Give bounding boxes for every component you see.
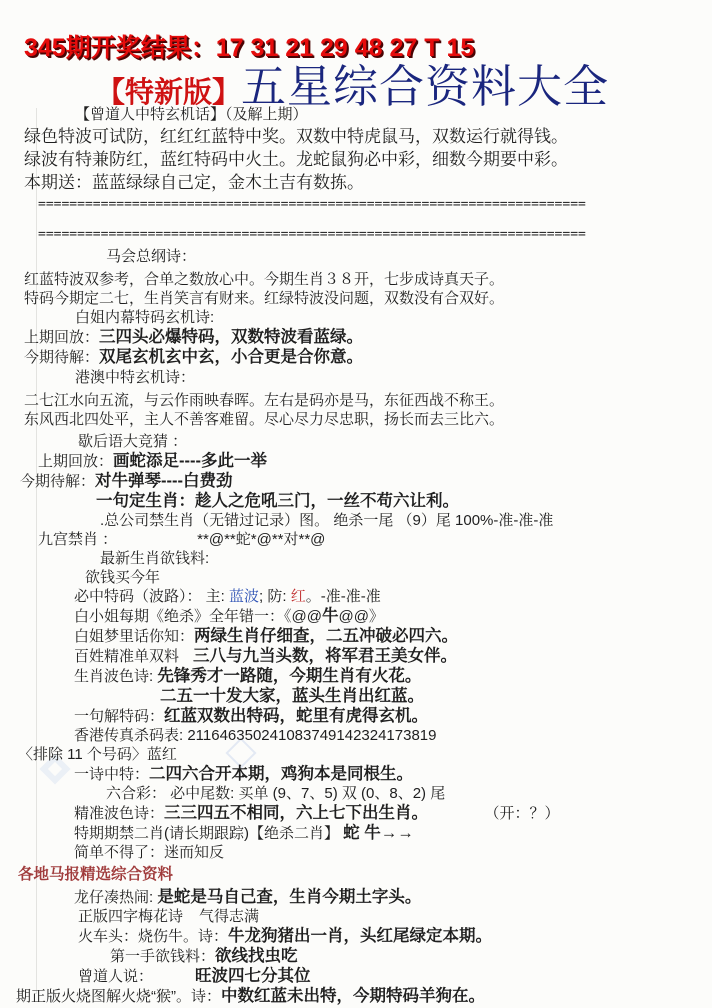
text-line: 生肖波色诗: 先锋秀才一路随，今期生肖有火花。 [74,667,712,686]
text-segment: 今期待解： [24,349,99,366]
text-segment: 双尾玄机玄中玄，小合更是合你意。 [99,348,363,366]
section-heading: 最新生肖欲钱料: [100,550,712,568]
text-segment: 特码今期定二七，生肖笑言有财来。红绿特波没问题，双数没有合双好。 [24,290,504,307]
text-segment: 一句解特码： [74,708,164,725]
text-line: 火车头：烧伤牛。诗：牛龙狗猪出一肖，头红尾绿定本期。 [78,927,712,946]
text-line: 一诗中特：二四六合开本期，鸡狗本是同根生。 [74,765,712,784]
text-segment: 蓝波 [229,588,259,605]
text-segment: 蛇 牛→→ [343,824,414,842]
text-segment: 二五一十发大家，蓝头生肖出红蓝。 [160,687,424,705]
text-segment: 本期送：蓝蓝绿绿自己定，金木土吉有数拣。 [24,173,364,192]
text-segment: 红 [291,588,306,605]
text-segment: 港澳中特玄机诗： [75,369,195,386]
text-segment: 六合彩： 必中尾数: 买单 (9、7、5) 双 (0、8、2) 尾 [106,785,445,802]
text-segment: 东风西北四处平，主人不善客难留。尽心尽力尽忠职，扬长而去三比六。 [24,411,504,428]
text-line: .总公司禁生肖（无错过记录）图。 绝杀一尾 （9）尾 100%-准-准-准 [100,512,712,530]
text-segment: 简单不得了：迷而知反 [74,844,224,861]
text-segment: 旺波四七分其位 [195,967,311,985]
text-segment: 。-准-准-准 [306,588,381,605]
text-segment: 对牛弹琴----白费劲 [95,472,232,490]
text-segment: 特期期禁二肖(请长期跟踪)【绝杀二肖】 [74,825,343,842]
text-line: 本期送：蓝蓝绿绿自己定，金木土吉有数拣。 [24,172,712,194]
text-segment: 三三四五不相同，六上七下出生肖。 [164,804,428,822]
text-line: 欲钱买今年 [85,569,712,587]
text-segment: 中数红蓝未出特，今期特码羊狗在。 [221,987,485,1005]
text-line: 白小姐每期《绝杀》全年错一：《@@牛@@》 [74,607,712,626]
text-segment: 一诗中特： [74,766,149,783]
text-line: 六合彩： 必中尾数: 买单 (9、7、5) 双 (0、8、2) 尾 [106,785,712,803]
text-line: 一句定生肖：趁人之危吼三门，一丝不苟六让利。 [96,492,712,511]
draw-result-overlay: 345期开奖结果：17 31 21 29 48 27 T 15 [24,28,474,64]
text-line: 绿色特波可试防，红红红蓝特中奖。双数中特虎鼠马，双数运行就得钱。 [24,126,712,148]
section-heading: 马会总纲诗： [106,248,712,266]
text-segment: 先锋秀才一路随，今期生肖有火花。 [157,667,421,685]
text-segment: @@》 [338,608,383,625]
text-line: 特码今期定二七，生肖笑言有财来。红绿特波没问题，双数没有合双好。 [24,290,712,308]
text-segment: 今期待解： [20,473,95,490]
text-segment: 三四头必爆特码，双数特波看蓝绿。 [99,328,363,346]
text-line: 龙仔凑热闹: 是蛇是马自己查，生肖今期土字头。 [74,888,712,907]
separator: ========================================… [38,197,712,213]
text-segment: 两绿生肖仔细查，二五冲破必四六。 [194,627,458,645]
text-segment: 生肖波色诗: [74,668,157,685]
text-line: 精准波色诗：三三四五不相同，六上七下出生肖。（开：？） [74,804,712,823]
content-lines: 【曾道人中特玄机话】（及解上期）绿色特波可试防，红红红蓝特中奖。双数中特虎鼠马，… [0,104,712,1006]
text-line: 二五一十发大家，蓝头生肖出红蓝。 [160,687,712,706]
text-segment: 期正版火烧图解火烧“猴”。诗： [16,988,221,1005]
text-segment: 火车头：烧伤牛。诗： [78,928,228,945]
text-segment: ========================================… [38,197,598,213]
section-heading: 白姐内幕特码玄机诗: [75,309,712,327]
section-heading: 歇后语大竞猜 ： [78,433,712,451]
text-line: 正版四字梅花诗气得志满 [78,908,712,926]
text-segment: 白小姐每期《绝杀》全年错一：《@@ [74,608,322,625]
text-line: 简单不得了：迷而知反 [74,844,712,862]
text-line: 白姐梦里话你知：两绿生肖仔细查，二五冲破必四六。 [74,627,712,646]
text-segment: 白姐内幕特码玄机诗: [75,309,214,326]
text-segment: 【曾道人中特玄机话】（及解上期） [75,106,308,123]
text-segment: 第一手欲钱料： [110,948,215,965]
text-segment: 绿色特波可试防，红红红蓝特中奖。双数中特虎鼠马，双数运行就得钱。 [24,127,568,146]
text-line: 九宫禁肖 ：**@**蛇*@**对**@ [38,531,712,549]
text-line: 必中特码（波路）： 主: 蓝波; 防: 红。-准-准-准 [74,588,712,606]
separator: ========================================… [38,227,712,243]
subtitle: 【曾道人中特玄机话】（及解上期） [75,106,712,124]
text-segment: 上期回放： [24,329,99,346]
text-line: 红蓝特波双参考，合单之数放心中。今期生肖３８开，七步成诗真天子。 [24,271,712,289]
text-segment: **@**蛇*@**对**@ [197,531,325,548]
text-line: 上期回放：三四头必爆特码，双数特波看蓝绿。 [24,328,712,347]
text-line: 东风西北四处平，主人不善客难留。尽心尽力尽忠职，扬长而去三比六。 [24,411,712,429]
text-segment: 绿波有特兼防红，蓝红特码中火土。龙蛇鼠狗必中彩，细数今期要中彩。 [24,150,568,169]
text-segment: 正版四字梅花诗 [78,908,183,925]
text-segment: （开：？） [492,805,560,822]
text-segment: .总公司禁生肖（无错过记录）图。 绝杀一尾 （9）尾 100%-准-准-准 [100,512,553,529]
text-segment: ========================================… [38,227,598,243]
text-line: 绿波有特兼防红，蓝红特码中火土。龙蛇鼠狗必中彩，细数今期要中彩。 [24,149,712,171]
text-segment: 上期回放： [38,453,113,470]
text-segment: 是蛇是马自己查，生肖今期土字头。 [157,888,421,906]
text-line: 上期回放：画蛇添足----多此一举 [38,452,712,471]
text-line: 一句解特码：红蓝双数出特码，蛇里有虎得玄机。 [74,707,712,726]
text-segment: 一句定生肖：趁人之危吼三门，一丝不苟六让利。 [96,492,459,510]
text-segment: 歇后语大竞猜 ： [78,433,187,450]
text-segment: 最新生肖欲钱料: [100,550,209,567]
text-line: 期正版火烧图解火烧“猴”。诗：中数红蓝未出特，今期特码羊狗在。 [16,987,712,1006]
text-segment: 马会总纲诗： [106,248,196,265]
text-line: 今期待解：双尾玄机玄中玄，小合更是合你意。 [24,348,712,367]
text-line: 百姓精准单双料三八与九当头数，将军君王美女伴。 [74,647,712,666]
text-segment: 香港传真杀码表: 211646350241083749142324173819 [74,727,437,744]
text-segment: 九宫禁肖 ： [38,531,117,548]
text-segment: 欲线找虫吃 [215,947,298,965]
text-line: 今期待解：对牛弹琴----白费劲 [20,472,712,491]
text-segment: 二七江水向五流，与云作雨映春晖。左右是码亦是马，东征西战不称王。 [24,392,504,409]
text-segment: 牛 [322,607,339,625]
text-segment: 〈排除 11 个号码〉蓝红 [18,746,177,763]
text-line: 第一手欲钱料：欲线找虫吃 [110,947,712,966]
text-segment: 龙仔凑热闹: [74,889,157,906]
text-segment: 曾道人说： [78,968,153,985]
section-heading: 港澳中特玄机诗： [75,369,712,387]
text-segment: 白姐梦里话你知： [74,628,194,645]
text-segment: 红蓝双数出特码，蛇里有虎得玄机。 [164,707,428,725]
text-line: 二七江水向五流，与云作雨映春晖。左右是码亦是马，东征西战不称王。 [24,392,712,410]
text-segment: 百姓精准单双料 [74,648,179,665]
tip-sheet-page: 345期开奖结果：17 31 21 29 48 27 T 15 【特新版】 五星… [0,0,712,1008]
text-segment: 各地马报精选综合资料 [18,866,173,883]
text-segment: 必中特码（波路）： 主: [74,588,229,605]
text-segment: 画蛇添足----多此一举 [113,452,267,470]
text-line: 香港传真杀码表: 211646350241083749142324173819 [74,727,712,745]
text-segment: 精准波色诗： [74,805,164,822]
text-segment: 二四六合开本期，鸡狗本是同根生。 [149,765,413,783]
text-segment: 三八与九当头数，将军君王美女伴。 [193,647,457,665]
section-heading: 各地马报精选综合资料 [18,866,712,884]
text-line: 特期期禁二肖(请长期跟踪)【绝杀二肖】 蛇 牛→→ [74,824,712,843]
text-segment: 欲钱买今年 [85,569,160,586]
text-line: 曾道人说：旺波四七分其位 [78,967,712,986]
text-segment: 牛龙狗猪出一肖，头红尾绿定本期。 [228,927,492,945]
text-line: 〈排除 11 个号码〉蓝红 [18,746,712,764]
text-segment: ; 防: [259,588,291,605]
text-segment: 气得志满 [199,908,259,925]
text-segment: 红蓝特波双参考，合单之数放心中。今期生肖３８开，七步成诗真天子。 [24,271,504,288]
